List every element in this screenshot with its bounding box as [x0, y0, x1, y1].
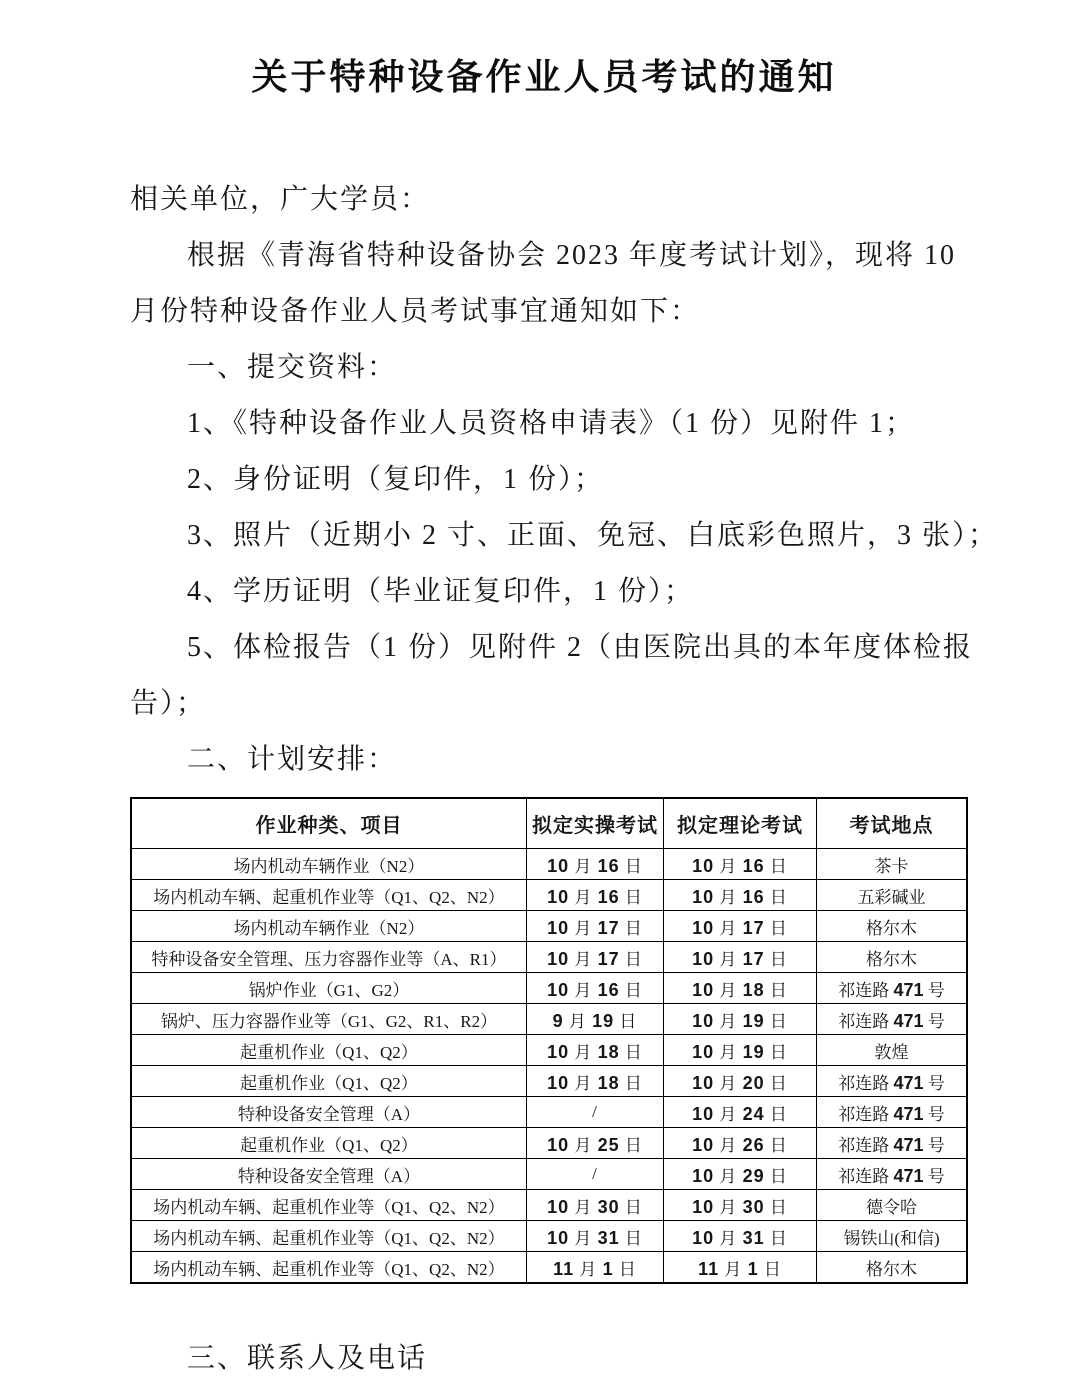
practical-exam-date-cell: 10 月 16 日 [526, 880, 663, 911]
exam-location-cell: 祁连路 471 号 [817, 1159, 968, 1190]
job-type-cell: 特种设备安全管理（A） [131, 1097, 526, 1128]
theory-exam-date-cell: 10 月 20 日 [664, 1066, 817, 1097]
plan-table-row: 起重机作业（Q1、Q2）10 月 18 日10 月 19 日敦煌 [131, 1035, 967, 1066]
body-line: 2、身份证明（复印件，1 份）； [130, 452, 968, 508]
job-type-cell: 特种设备安全管理、压力容器作业等（A、R1） [131, 942, 526, 973]
practical-exam-date-cell: 10 月 16 日 [526, 973, 663, 1004]
exam-location-cell: 格尔木 [817, 911, 968, 942]
section-contact-heading: 三、联系人及电话 [130, 1331, 968, 1387]
col-header-exam-location: 考试地点 [817, 798, 968, 849]
plan-table-row: 场内机动车辆、起重机作业等（Q1、Q2、N2）10 月 31 日10 月 31 … [131, 1221, 967, 1252]
exam-location-cell: 茶卡 [817, 849, 968, 880]
job-type-cell: 起重机作业（Q1、Q2） [131, 1066, 526, 1097]
exam-location-cell: 锡铁山(和信) [817, 1221, 968, 1252]
plan-table-row: 场内机动车辆作业（N2）10 月 17 日10 月 17 日格尔木 [131, 911, 967, 942]
practical-exam-date-cell: 11 月 1 日 [526, 1252, 663, 1284]
plan-table-row: 起重机作业（Q1、Q2）10 月 25 日10 月 26 日祁连路 471 号 [131, 1128, 967, 1159]
body-line: 根据《青海省特种设备协会 2023 年度考试计划》，现将 10 [130, 228, 968, 284]
theory-exam-date-cell: 10 月 17 日 [664, 942, 817, 973]
exam-location-cell: 敦煌 [817, 1035, 968, 1066]
practical-exam-date-cell: 10 月 17 日 [526, 942, 663, 973]
exam-location-cell: 五彩碱业 [817, 880, 968, 911]
plan-table-head: 作业种类、项目 拟定实操考试 拟定理论考试 考试地点 [131, 798, 967, 849]
practical-exam-date-cell: 10 月 16 日 [526, 849, 663, 880]
practical-exam-date-cell: 10 月 18 日 [526, 1066, 663, 1097]
theory-exam-date-cell: 10 月 24 日 [664, 1097, 817, 1128]
plan-table-row: 特种设备安全管理、压力容器作业等（A、R1）10 月 17 日10 月 17 日… [131, 942, 967, 973]
job-type-cell: 场内机动车辆、起重机作业等（Q1、Q2、N2） [131, 880, 526, 911]
plan-table-header-row: 作业种类、项目 拟定实操考试 拟定理论考试 考试地点 [131, 798, 967, 849]
body-line: 一、提交资料： [130, 340, 968, 396]
job-type-cell: 场内机动车辆作业（N2） [131, 911, 526, 942]
exam-plan-table: 作业种类、项目 拟定实操考试 拟定理论考试 考试地点 场内机动车辆作业（N2）1… [130, 797, 968, 1284]
job-type-cell: 场内机动车辆、起重机作业等（Q1、Q2、N2） [131, 1252, 526, 1284]
theory-exam-date-cell: 10 月 30 日 [664, 1190, 817, 1221]
exam-location-cell: 祁连路 471 号 [817, 1004, 968, 1035]
theory-exam-date-cell: 10 月 16 日 [664, 849, 817, 880]
col-header-theory-exam-date: 拟定理论考试 [664, 798, 817, 849]
document-body: 相关单位，广大学员： 根据《青海省特种设备协会 2023 年度考试计划》，现将 … [130, 172, 968, 1387]
plan-table-row: 场内机动车辆作业（N2）10 月 16 日10 月 16 日茶卡 [131, 849, 967, 880]
theory-exam-date-cell: 10 月 26 日 [664, 1128, 817, 1159]
theory-exam-date-cell: 10 月 31 日 [664, 1221, 817, 1252]
job-type-cell: 锅炉作业（G1、G2） [131, 973, 526, 1004]
exam-location-cell: 祁连路 471 号 [817, 973, 968, 1004]
job-type-cell: 场内机动车辆、起重机作业等（Q1、Q2、N2） [131, 1221, 526, 1252]
plan-table-row: 锅炉、压力容器作业等（G1、G2、R1、R2）9 月 19 日10 月 19 日… [131, 1004, 967, 1035]
exam-location-cell: 祁连路 471 号 [817, 1097, 968, 1128]
practical-exam-date-cell: / [526, 1159, 663, 1190]
practical-exam-date-cell: 9 月 19 日 [526, 1004, 663, 1035]
exam-location-cell: 祁连路 471 号 [817, 1128, 968, 1159]
practical-exam-date-cell: 10 月 31 日 [526, 1221, 663, 1252]
theory-exam-date-cell: 10 月 19 日 [664, 1004, 817, 1035]
job-type-cell: 场内机动车辆、起重机作业等（Q1、Q2、N2） [131, 1190, 526, 1221]
body-line: 4、学历证明（毕业证复印件，1 份）； [130, 564, 968, 620]
body-lines: 根据《青海省特种设备协会 2023 年度考试计划》，现将 10月份特种设备作业人… [130, 228, 968, 788]
job-type-cell: 锅炉、压力容器作业等（G1、G2、R1、R2） [131, 1004, 526, 1035]
plan-table-row: 特种设备安全管理（A）/10 月 24 日祁连路 471 号 [131, 1097, 967, 1128]
body-line: 3、照片（近期小 2 寸、正面、免冠、白底彩色照片，3 张）； [130, 508, 968, 564]
job-type-cell: 特种设备安全管理（A） [131, 1159, 526, 1190]
practical-exam-date-cell: 10 月 17 日 [526, 911, 663, 942]
body-line: 二、计划安排： [130, 732, 968, 788]
practical-exam-date-cell: 10 月 25 日 [526, 1128, 663, 1159]
plan-table-row: 场内机动车辆、起重机作业等（Q1、Q2、N2）10 月 16 日10 月 16 … [131, 880, 967, 911]
job-type-cell: 起重机作业（Q1、Q2） [131, 1128, 526, 1159]
col-header-job-type: 作业种类、项目 [131, 798, 526, 849]
theory-exam-date-cell: 10 月 29 日 [664, 1159, 817, 1190]
exam-location-cell: 德令哈 [817, 1190, 968, 1221]
theory-exam-date-cell: 10 月 19 日 [664, 1035, 817, 1066]
plan-table-row: 起重机作业（Q1、Q2）10 月 18 日10 月 20 日祁连路 471 号 [131, 1066, 967, 1097]
notice-document: 关于特种设备作业人员考试的通知 相关单位，广大学员： 根据《青海省特种设备协会 … [0, 0, 1088, 1389]
job-type-cell: 场内机动车辆作业（N2） [131, 849, 526, 880]
document-title: 关于特种设备作业人员考试的通知 [0, 55, 1088, 99]
plan-table-row: 特种设备安全管理（A）/10 月 29 日祁连路 471 号 [131, 1159, 967, 1190]
theory-exam-date-cell: 10 月 17 日 [664, 911, 817, 942]
practical-exam-date-cell: 10 月 30 日 [526, 1190, 663, 1221]
job-type-cell: 起重机作业（Q1、Q2） [131, 1035, 526, 1066]
body-line: 月份特种设备作业人员考试事宜通知如下： [130, 284, 968, 340]
plan-table-row: 场内机动车辆、起重机作业等（Q1、Q2、N2）10 月 30 日10 月 30 … [131, 1190, 967, 1221]
theory-exam-date-cell: 10 月 16 日 [664, 880, 817, 911]
theory-exam-date-cell: 10 月 18 日 [664, 973, 817, 1004]
practical-exam-date-cell: 10 月 18 日 [526, 1035, 663, 1066]
body-line: 告）； [130, 676, 968, 732]
exam-location-cell: 格尔木 [817, 942, 968, 973]
exam-location-cell: 祁连路 471 号 [817, 1066, 968, 1097]
plan-table-row: 锅炉作业（G1、G2）10 月 16 日10 月 18 日祁连路 471 号 [131, 973, 967, 1004]
plan-table-row: 场内机动车辆、起重机作业等（Q1、Q2、N2）11 月 1 日11 月 1 日格… [131, 1252, 967, 1284]
col-header-practical-exam-date: 拟定实操考试 [526, 798, 663, 849]
practical-exam-date-cell: / [526, 1097, 663, 1128]
body-line: 5、体检报告（1 份）见附件 2（由医院出具的本年度体检报 [130, 620, 968, 676]
body-line: 1、《特种设备作业人员资格申请表》（1 份）见附件 1； [130, 396, 968, 452]
plan-table-body: 场内机动车辆作业（N2）10 月 16 日10 月 16 日茶卡场内机动车辆、起… [131, 849, 967, 1284]
salutation: 相关单位，广大学员： [130, 172, 968, 228]
exam-location-cell: 格尔木 [817, 1252, 968, 1284]
theory-exam-date-cell: 11 月 1 日 [664, 1252, 817, 1284]
